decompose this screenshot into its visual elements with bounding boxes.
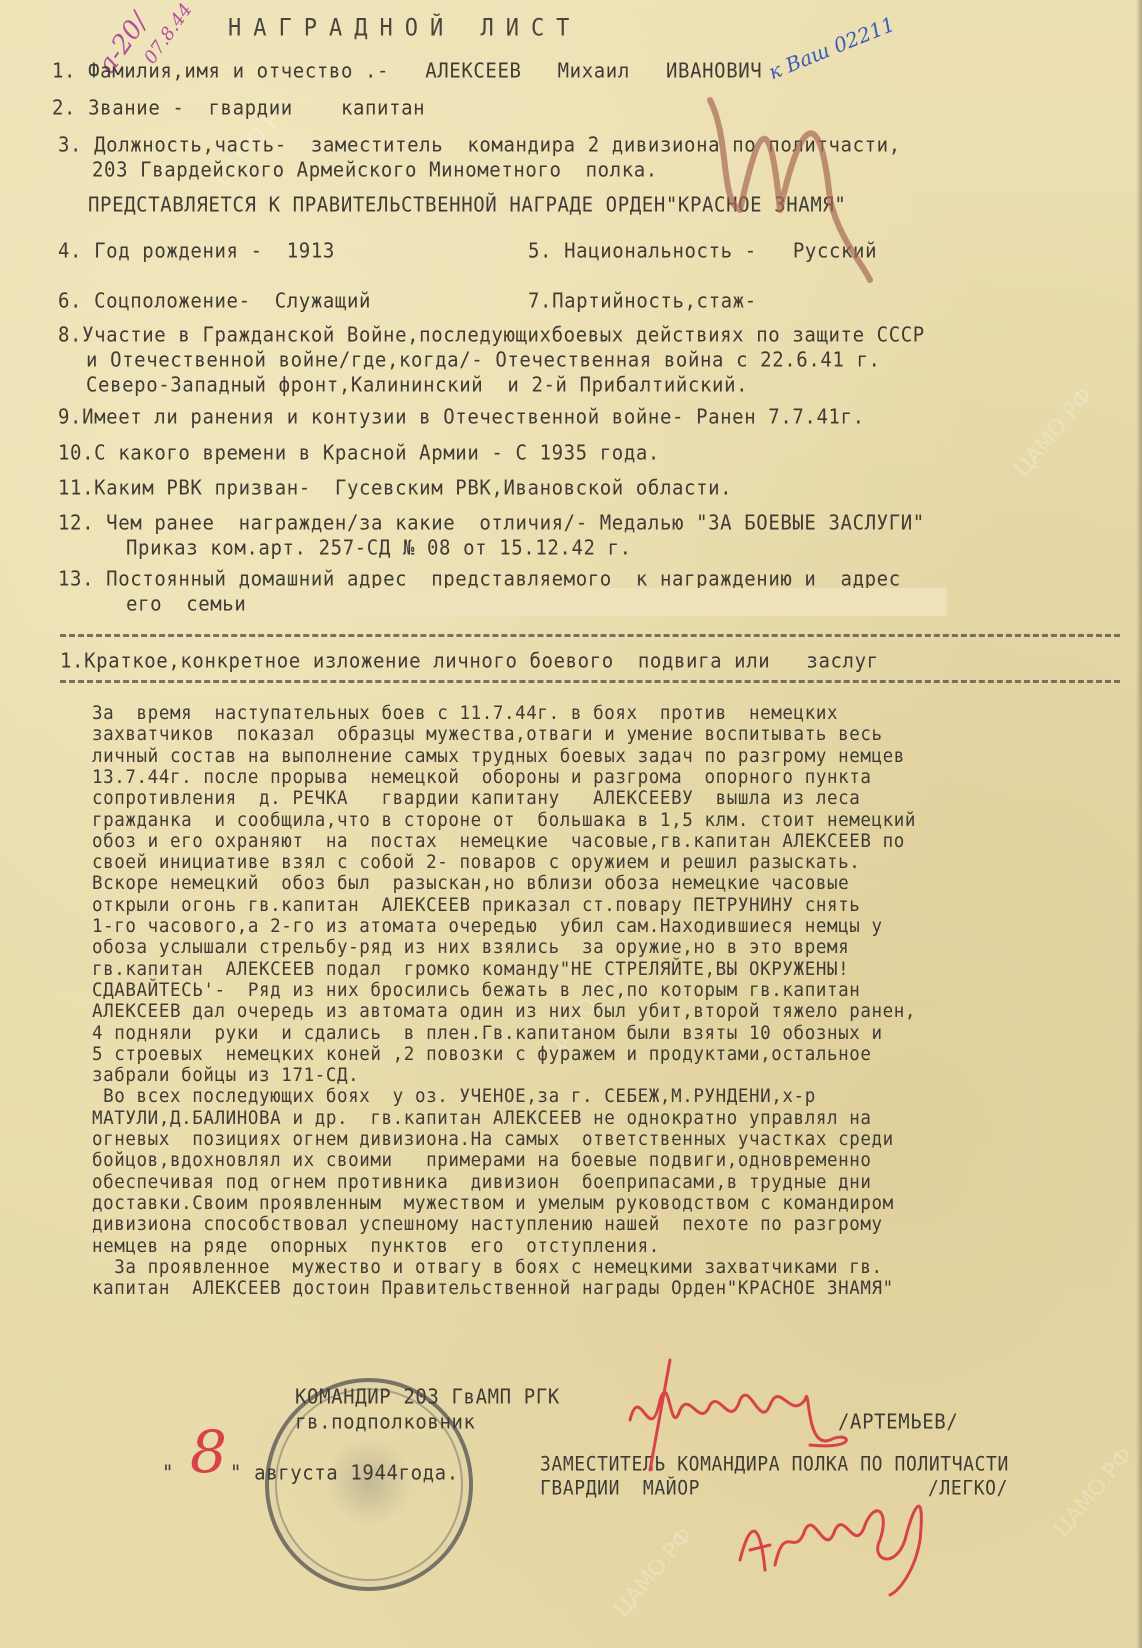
field-previous-awards: 12. Чем ранее награжден/за какие отличия… xyxy=(58,510,925,536)
narrative-line: За проявленное мужество и отвагу в боях … xyxy=(92,1257,883,1280)
deputy-signature xyxy=(730,1480,960,1600)
field-rank: 2. Звание - гвардии капитан xyxy=(52,95,425,121)
narrative-line: забрали бойцы из 171-СД. xyxy=(92,1065,359,1088)
field-number: 11. xyxy=(58,476,94,500)
divider-top xyxy=(60,634,1120,637)
narrative-line: За время наступательных боев с 11.7.44г.… xyxy=(92,703,838,726)
field-text: Звание - гвардии капитан xyxy=(88,96,425,120)
field-home-address-line2: его семьи xyxy=(126,591,246,617)
narrative-line: открыли огонь гв.капитан АЛЕКСЕЕВ приказ… xyxy=(92,895,860,918)
field-number: 5. xyxy=(528,239,552,263)
field-text: Имеет ли ранения и контузии в Отечествен… xyxy=(82,405,865,429)
field-birth-year: 4. Год рождения - 1913 xyxy=(58,238,335,264)
field-number: 8. xyxy=(58,323,82,347)
field-text: Соцположение- Служащий xyxy=(94,289,371,313)
field-number: 4. xyxy=(58,239,82,263)
field-number: 10. xyxy=(58,441,94,465)
narrative-line: обеспечивая под огнем противника дивизио… xyxy=(92,1172,872,1195)
narrative-line: обоз и его охраняют на постах немецкие ч… xyxy=(92,831,905,854)
field-number: 7. xyxy=(528,289,552,313)
narrative-line: 5 строевых немецких коней ,2 повозки с ф… xyxy=(92,1044,872,1067)
field-text: Чем ранее награжден/за какие отличия/- М… xyxy=(106,511,925,535)
narrative-line: гражданка и сообщила,что в стороне от бо… xyxy=(92,810,916,833)
narrative-line: АЛЕКСЕЕВ дал очередь из автомата один из… xyxy=(92,1001,916,1024)
document-title: НАГРАДНОЙ ЛИСТ xyxy=(228,16,581,42)
narrative-line: захватчиков показал образцы мужества,отв… xyxy=(92,724,883,747)
field-combat-participation: 8.Участие в Гражданской Войне,последующи… xyxy=(58,322,925,348)
narrative-line: дивизиона способствовал успешному наступ… xyxy=(92,1214,883,1237)
field-position-unit: 203 Гвардейского Армейского Минометного … xyxy=(92,157,658,183)
field-wounds: 9.Имеет ли ранения и контузии в Отечеств… xyxy=(58,404,865,430)
field-combat-participation-line2: и Отечественной войне/где,когда/- Отечес… xyxy=(86,347,881,373)
field-number: 9. xyxy=(58,405,82,429)
field-text: С какого времени в Красной Армии - С 193… xyxy=(94,441,660,465)
commander-signature xyxy=(610,1360,870,1480)
narrative-line: 13.7.44г. после прорыва немецкой обороны… xyxy=(92,767,872,790)
field-social-status: 6. Соцположение- Служащий xyxy=(58,288,371,314)
field-number: 6. xyxy=(58,289,82,313)
narrative-line: СДАВАЙТЕСЬ'- Ряд из них бросились бежать… xyxy=(92,980,860,1003)
field-full-name: 1. Фамилия,имя и отчество .- АЛЕКСЕЕВ Ми… xyxy=(52,58,762,84)
field-previous-awards-order: Приказ ком.арт. 257-СД № 08 от 15.12.42 … xyxy=(126,535,632,561)
narrative-line: гв.капитан АЛЕКСЕЕВ подал громко команду… xyxy=(92,959,849,982)
brown-pencil-signature xyxy=(700,60,1000,260)
field-text: Каким РВК призван- Гусевским РВК,Ивановс… xyxy=(94,476,732,500)
field-text: Участие в Гражданской Войне,последующихб… xyxy=(82,323,925,347)
redacted-address xyxy=(262,588,947,616)
field-number: 2. xyxy=(52,96,76,120)
narrative-line: Вскоре немецкий обоз был разыскан,но вбл… xyxy=(92,873,849,896)
divider-bottom xyxy=(60,680,1120,683)
field-drafted-by: 11.Каким РВК призван- Гусевским РВК,Иван… xyxy=(58,475,732,501)
field-text: Год рождения - 1913 xyxy=(94,239,335,263)
field-service-since: 10.С какого времени в Красной Армии - С … xyxy=(58,440,660,466)
commander-title: КОМАНДИР 203 ГвАМП РГК xyxy=(295,1384,560,1410)
date-text: " августа 1944года. xyxy=(230,1460,459,1486)
section-heading: 1.Краткое,конкретное изложение личного б… xyxy=(60,648,879,674)
commander-rank: гв.подполковник xyxy=(295,1409,476,1435)
field-party-membership: 7.Партийность,стаж- xyxy=(528,288,757,314)
field-text: Фамилия,имя и отчество .- АЛЕКСЕЕВ Михаи… xyxy=(88,59,762,83)
narrative-line: личный состав на выполнение самых трудны… xyxy=(92,746,905,769)
narrative-line: огневых позициях огнем дивизиона.На самы… xyxy=(92,1129,894,1152)
narrative-line: сопротивления д. РЕЧКА гвардии капитану … xyxy=(92,788,860,811)
narrative-line: обоза услышали стрельбу-ряд из них взяли… xyxy=(92,937,849,960)
narrative-line: своей инициативе взял с собой 2- поваров… xyxy=(92,852,860,875)
narrative-line: Во всех последующих боях у оз. УЧЕНОЕ,за… xyxy=(92,1086,816,1109)
field-number: 13. xyxy=(58,567,94,591)
field-number: 12. xyxy=(58,511,94,535)
field-number: 3. xyxy=(58,133,82,157)
narrative-line: немцев на ряде опорных пунктов его отсту… xyxy=(92,1236,660,1259)
date-open-quote: " xyxy=(162,1460,174,1486)
date-day-handwritten: 8 xyxy=(190,1418,227,1486)
narrative-line: капитан АЛЕКСЕЕВ достоин Правительственн… xyxy=(92,1278,894,1301)
field-combat-participation-line3: Северо-Западный фронт,Калининский и 2-й … xyxy=(86,372,748,398)
narrative-line: доставки.Своим проявленным мужеством и у… xyxy=(92,1193,894,1216)
narrative-line: 1-го часового,а 2-го из атомата очередью… xyxy=(92,916,883,939)
narrative-line: МАТУЛИ,Д.БАЛИНОВА и др. гв.капитан АЛЕКС… xyxy=(92,1108,872,1131)
field-text: Партийность,стаж- xyxy=(552,289,757,313)
narrative-line: бойцов,вдохновлял их своими примерами на… xyxy=(92,1150,872,1173)
page-edge-shadow xyxy=(1136,0,1142,1648)
narrative-line: 4 подняли руки и сдались в плен.Гв.капит… xyxy=(92,1023,883,1046)
field-number: 1. xyxy=(52,59,76,83)
